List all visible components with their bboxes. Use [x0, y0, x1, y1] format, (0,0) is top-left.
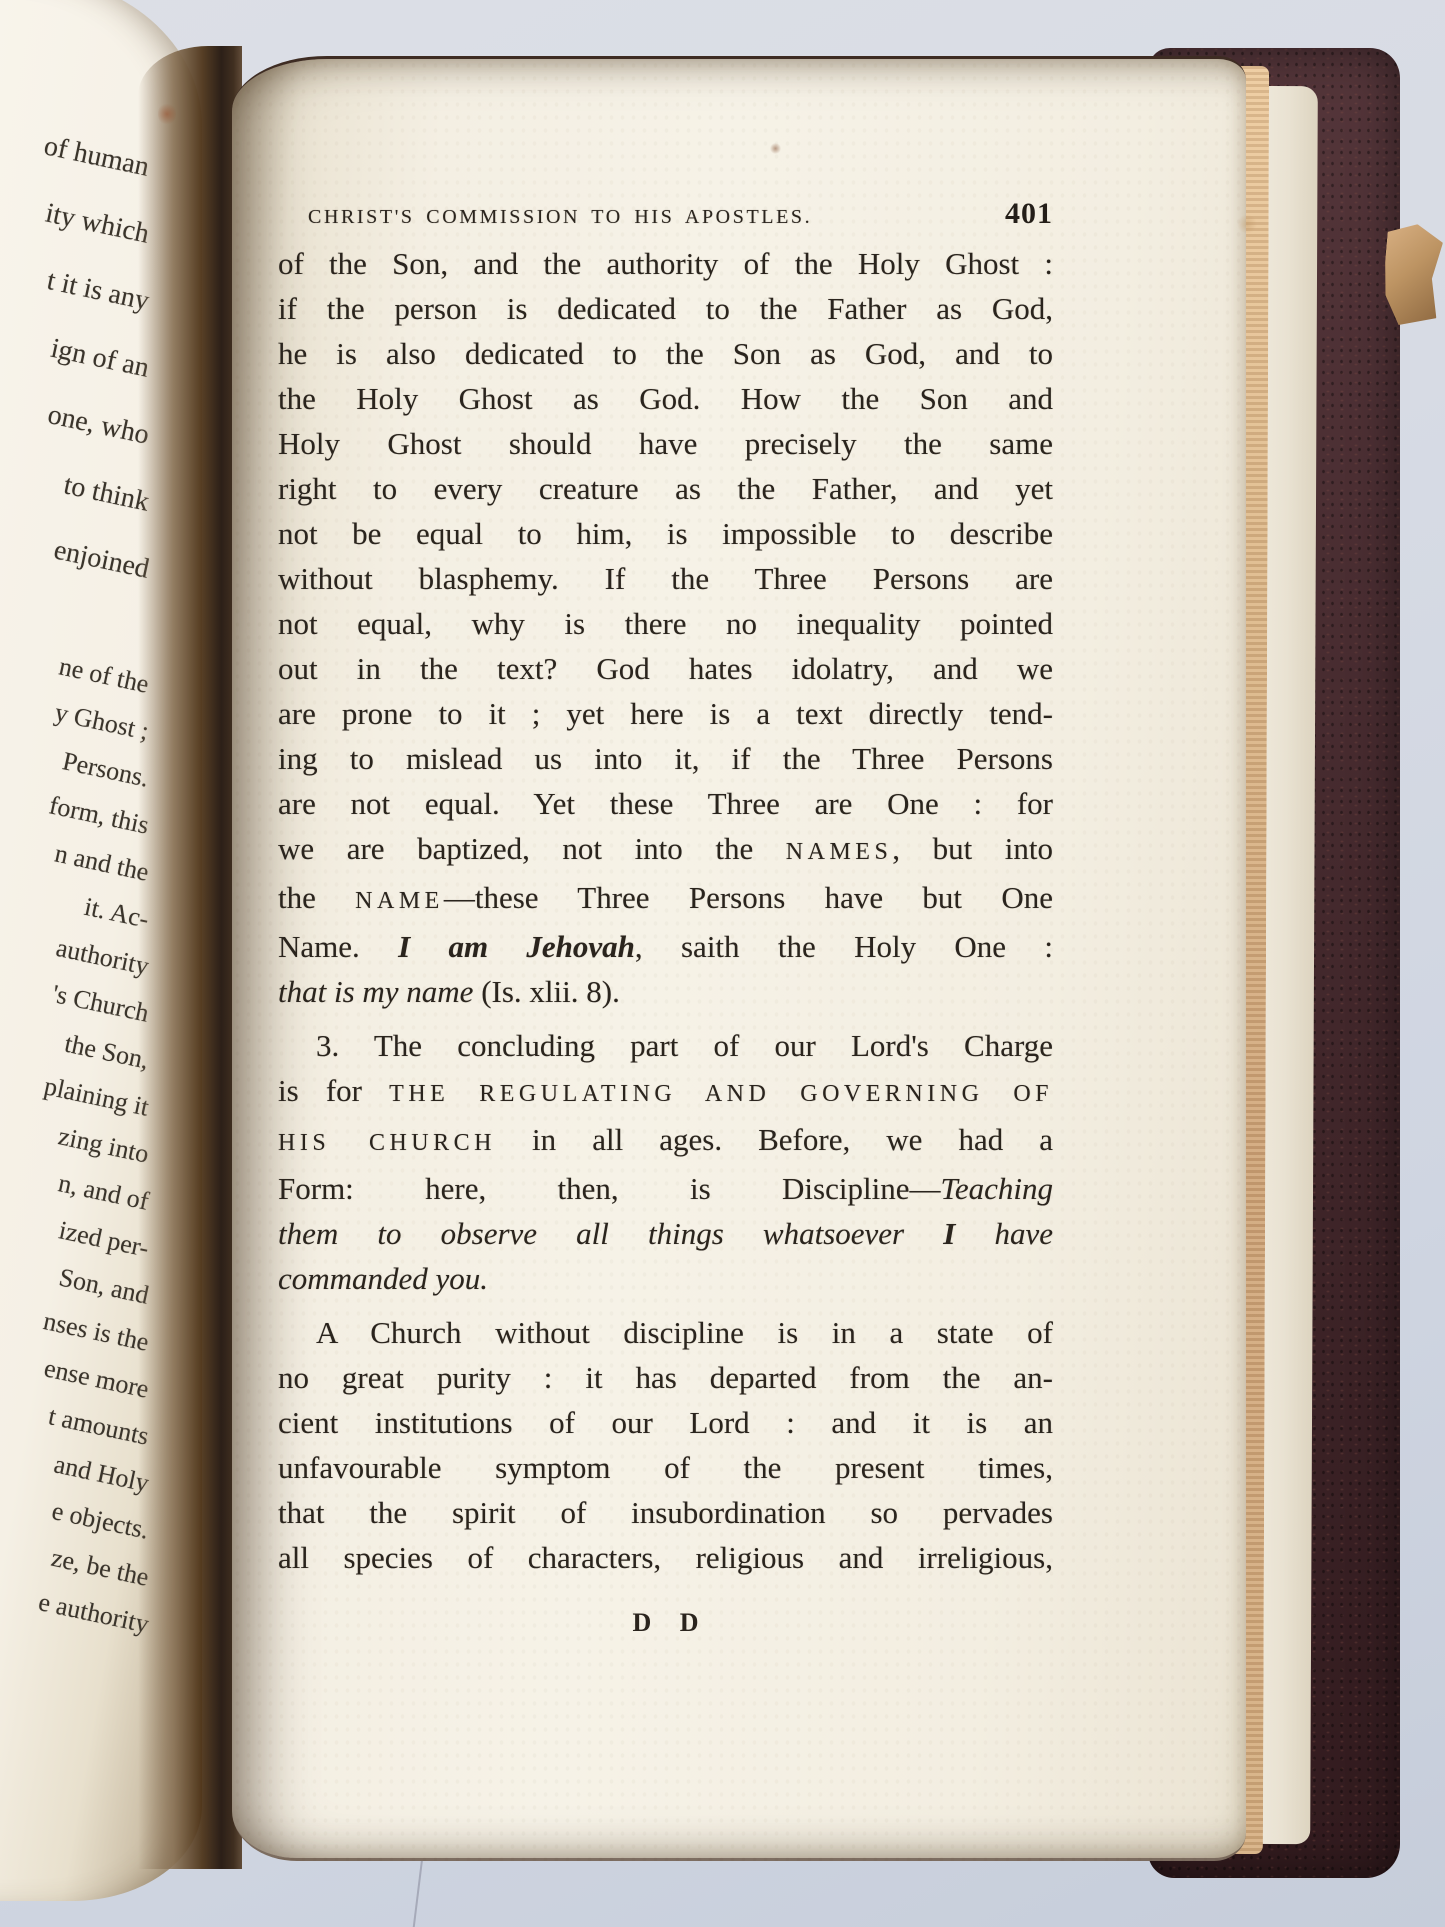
text-segment: Teaching: [940, 1171, 1053, 1206]
text-segment: the Holy Ghost as God. How the Son and: [278, 381, 1053, 416]
text-line: unfavourable symptom of the present time…: [278, 1445, 1053, 1490]
text-segment: Form: here, then, is Discipline—: [278, 1171, 940, 1206]
text-segment: , saith the Holy One :: [635, 929, 1053, 964]
text-segment: of the Son, and the authority of the Hol…: [278, 246, 1053, 281]
text-segment: all species of characters, religious and…: [278, 1540, 1053, 1575]
text-segment: are not equal. Yet these Three are One :…: [278, 786, 1053, 821]
text-segment: without blasphemy. If the Three Persons …: [278, 561, 1053, 596]
left-page-upper-fragments: of humanity whicht it is anyign of anone…: [0, 134, 148, 603]
book-page: CHRIST'S COMMISSION TO HIS APOSTLES. 401…: [232, 56, 1246, 1861]
signature-mark: D D: [278, 1608, 1053, 1638]
running-header: CHRIST'S COMMISSION TO HIS APOSTLES. 401: [278, 197, 1053, 231]
text-segment: 3. The concluding part of our Lord's Cha…: [316, 1028, 1053, 1063]
left-page-lower-fragments: ne of they Ghost ;Persons.form, thisn an…: [0, 661, 148, 1648]
text-segment: I am Jehovah: [398, 929, 635, 964]
text-line: 3. The concluding part of our Lord's Cha…: [278, 1023, 1053, 1068]
text-segment: out in the text? God hates idolatry, and…: [278, 651, 1053, 686]
text-segment: his church: [278, 1130, 496, 1156]
text-line: we are baptized, not into the names, but…: [278, 826, 1053, 875]
book-gutter-shadow: [138, 46, 242, 1869]
text-segment: unfavourable symptom of the present time…: [278, 1450, 1053, 1485]
running-title: CHRIST'S COMMISSION TO HIS APOSTLES.: [308, 200, 812, 234]
text-segment: no great purity : it has departed from t…: [278, 1360, 1053, 1395]
text-line: of the Son, and the authority of the Hol…: [278, 241, 1053, 286]
text-line: cient institutions of our Lord : and it …: [278, 1400, 1053, 1445]
text-line: them to observe all things whatsoever I …: [278, 1211, 1053, 1256]
text-segment: are prone to it ; yet here is a text dir…: [278, 696, 1053, 731]
text-line: all species of characters, religious and…: [278, 1535, 1053, 1580]
text-segment: names: [786, 839, 893, 865]
foxing-spot: [158, 102, 176, 126]
text-line: commanded you.: [278, 1256, 1053, 1301]
text-line: not be equal to him, is impossible to de…: [278, 511, 1053, 556]
page-text-block: CHRIST'S COMMISSION TO HIS APOSTLES. 401…: [278, 197, 1053, 1638]
text-segment: the regulating and governing of: [389, 1081, 1053, 1107]
text-segment: I: [943, 1216, 955, 1251]
text-segment: name: [355, 888, 444, 914]
text-segment: is for: [278, 1073, 389, 1108]
text-segment: if the person is dedicated to the Father…: [278, 291, 1053, 326]
text-line: are prone to it ; yet here is a text dir…: [278, 691, 1053, 736]
text-line: Holy Ghost should have precisely the sam…: [278, 421, 1053, 466]
text-segment: (Is. xlii. 8).: [473, 974, 619, 1009]
text-segment: Name.: [278, 929, 398, 964]
text-segment: right to every creature as the Father, a…: [278, 471, 1053, 506]
text-segment: , but into: [892, 831, 1053, 866]
text-segment: that is my name: [278, 974, 473, 1009]
text-segment: them to observe all things whatsoever: [278, 1216, 943, 1251]
text-line: the Holy Ghost as God. How the Son and: [278, 376, 1053, 421]
text-segment: ing to mislead us into it, if the Three …: [278, 741, 1053, 776]
text-segment: not be equal to him, is impossible to de…: [278, 516, 1053, 551]
text-segment: commanded you.: [278, 1261, 488, 1296]
foxing-spot: [1236, 215, 1258, 233]
text-line: Name. I am Jehovah, saith the Holy One :: [278, 924, 1053, 969]
text-line: his church in all ages. Before, we had a: [278, 1117, 1053, 1166]
text-line: ing to mislead us into it, if the Three …: [278, 736, 1053, 781]
text-line: that is my name (Is. xlii. 8).: [278, 969, 1053, 1014]
text-segment: cient institutions of our Lord : and it …: [278, 1405, 1053, 1440]
text-line: he is also dedicated to the Son as God, …: [278, 331, 1053, 376]
text-segment: A Church without discipline is in a stat…: [316, 1315, 1053, 1350]
page-body-text: of the Son, and the authority of the Hol…: [278, 241, 1053, 1580]
text-segment: not equal, why is there no inequality po…: [278, 606, 1053, 641]
text-segment: we are baptized, not into the: [278, 831, 786, 866]
text-line: the name—these Three Persons have but On…: [278, 875, 1053, 924]
text-line: Form: here, then, is Discipline—Teaching: [278, 1166, 1053, 1211]
text-line: right to every creature as the Father, a…: [278, 466, 1053, 511]
text-line: out in the text? God hates idolatry, and…: [278, 646, 1053, 691]
text-line: is for the regulating and governing of: [278, 1068, 1053, 1117]
text-line: that the spirit of insubordination so pe…: [278, 1490, 1053, 1535]
text-segment: that the spirit of insubordination so pe…: [278, 1495, 1053, 1530]
page-number: 401: [1005, 197, 1053, 231]
text-line: no great purity : it has departed from t…: [278, 1355, 1053, 1400]
text-segment: Holy Ghost should have precisely the sam…: [278, 426, 1053, 461]
text-line: are not equal. Yet these Three are One :…: [278, 781, 1053, 826]
foxing-spot: [770, 143, 781, 154]
text-line: not equal, why is there no inequality po…: [278, 601, 1053, 646]
text-segment: the: [278, 880, 355, 915]
text-segment: have: [955, 1216, 1053, 1251]
text-segment: he is also dedicated to the Son as God, …: [278, 336, 1053, 371]
book-photo: of humanity whicht it is anyign of anone…: [0, 0, 1445, 1927]
text-line: A Church without discipline is in a stat…: [278, 1310, 1053, 1355]
text-segment: in all ages. Before, we had a: [496, 1122, 1053, 1157]
text-line: without blasphemy. If the Three Persons …: [278, 556, 1053, 601]
text-line: if the person is dedicated to the Father…: [278, 286, 1053, 331]
text-segment: —these Three Persons have but One: [444, 880, 1053, 915]
